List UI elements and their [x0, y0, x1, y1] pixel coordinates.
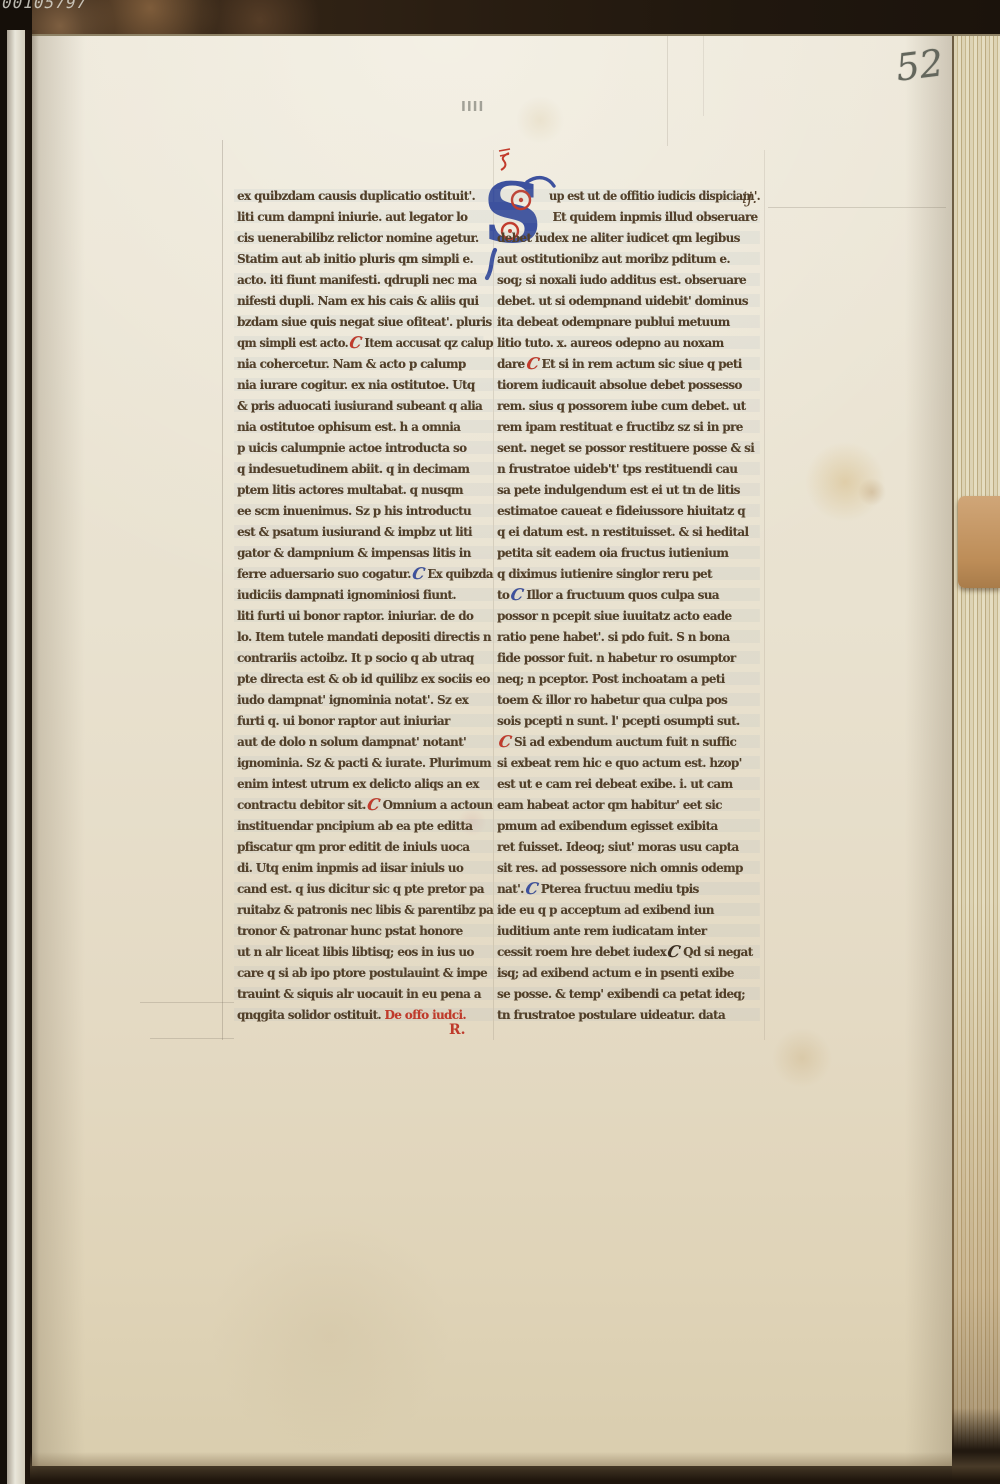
manuscript-line: sa pete indulgendum est ei ut tn de liti… — [497, 480, 758, 501]
manuscript-line: nia iurare cogitur. ex nia ostitutoe. Ut… — [237, 375, 491, 396]
manuscript-photo: 00105797 52 IIII ij. R. S ex quibzdam ca… — [0, 0, 1000, 1484]
manuscript-line: fide possor fuit. n habetur ro osumptor — [497, 648, 758, 669]
text-run: liti furti ui bonor raptor. iniuriar. de… — [237, 609, 473, 623]
manuscript-line: ita debeat odempnare publui metuum — [497, 312, 758, 333]
manuscript-line: enim intest utrum ex delicto aliqs an ex — [237, 774, 491, 795]
text-run: Et si in rem actum sic siue q peti — [542, 357, 742, 371]
manuscript-line: bzdam siue quis negat siue ofiteat'. plu… — [237, 312, 491, 333]
paraph-mark: C — [524, 881, 539, 897]
text-run: to — [497, 588, 509, 602]
text-run: gator & dampnium & impensas litis in — [237, 546, 471, 560]
ruling-extension-bottom-1 — [140, 1002, 234, 1003]
manuscript-line: nia ostitutoe ophisum est. h a omnia — [237, 417, 491, 438]
manuscript-line: q ei datum est. n restituisset. & si hed… — [497, 522, 758, 543]
text-run: ratio pene habet'. si pdo fuit. S n bona — [497, 630, 730, 644]
manuscript-line: isq; ad exibend actum e in psenti exibe — [497, 963, 758, 984]
manuscript-line: n frustratoe uideb't' tps restituendi ca… — [497, 459, 758, 480]
text-run: cessit roem hre debet iudex — [497, 945, 666, 959]
manuscript-line: aut ostitutionibz aut moribz pditum e. — [497, 249, 758, 270]
paraph-mark: C — [510, 587, 525, 603]
paraph-mark: C — [411, 566, 426, 582]
text-run: est & psatum iusiurand & impbz ut liti — [237, 525, 472, 539]
manuscript-line: dareCEt si in rem actum sic siue q peti — [497, 354, 758, 375]
ruling-extension-top-right — [768, 207, 946, 208]
manuscript-line: rem ipam restituat e fructibz sz si in p… — [497, 417, 758, 438]
manuscript-line: eam habeat actor qm habitur' eet sic — [497, 795, 758, 816]
quire-signature-mark: IIII — [461, 100, 484, 115]
crease-top-1 — [667, 36, 668, 146]
text-run: ex quibzdam causis duplicatio ostituit'. — [237, 189, 475, 203]
text-run: si exbeat rem hic e quo actum est. hzop' — [497, 756, 742, 770]
text-run: furti q. ui bonor raptor aut iniuriar — [237, 714, 450, 728]
text-run: fide possor fuit. n habetur ro osumptor — [497, 651, 735, 665]
manuscript-line: possor n pcepit siue iuuitatz acto eade — [497, 606, 758, 627]
text-run: ignominia. Sz & pacti & iurate. Plurimum — [237, 756, 491, 770]
text-run: nia iurare cogitur. ex nia ostitutoe. Ut… — [237, 378, 475, 392]
binding-top-edge — [0, 0, 1000, 36]
text-run: lo. Item tutele mandati depositi directi… — [237, 630, 491, 644]
text-run: pmum ad exibendum egisset exibita — [497, 819, 718, 833]
leather-index-tab — [958, 496, 1000, 588]
digitization-number: 00105797 — [0, 0, 89, 12]
text-run: sa pete indulgendum est ei ut tn de liti… — [497, 483, 740, 497]
paraph-mark: C — [366, 797, 381, 813]
manuscript-line: debet. ut si odempnand uidebit' dominus — [497, 291, 758, 312]
manuscript-line: qnqgita solidor ostituit. De offo iudci. — [237, 1005, 491, 1026]
text-run: iuditium ante rem iudicatam inter — [497, 924, 706, 938]
text-run: litio tuto. x. aureos odepno au noxam — [497, 336, 724, 350]
manuscript-line: tn frustratoe postulare uideatur. data — [497, 1005, 758, 1026]
manuscript-line: contrariis actoibz. It p socio q ab utra… — [237, 648, 491, 669]
text-run: cis uenerabilibz relictor nomine agetur. — [237, 231, 479, 245]
text-run: Et quidem inpmis illud obseruare — [553, 210, 758, 224]
text-run: toem & illor ro habetur qua culpa pos — [497, 693, 727, 707]
manuscript-line: iudiciis dampnati ignominiosi fiunt. — [237, 585, 491, 606]
text-run: instituendar pncipium ab ea pte editta — [237, 819, 472, 833]
manuscript-line: toem & illor ro habetur qua culpa pos — [497, 690, 758, 711]
manuscript-line: q indesuetudinem abiit. q in decimam — [237, 459, 491, 480]
manuscript-line: liti cum dampni iniurie. aut legator lo — [237, 207, 491, 228]
manuscript-line: petita sit eadem oia fructus iutienium — [497, 543, 758, 564]
text-run: iudiciis dampnati ignominiosi fiunt. — [237, 588, 456, 602]
text-run: aut ostitutionibz aut moribz pditum e. — [497, 252, 730, 266]
text-run: Item accusat qz calup — [364, 336, 493, 350]
text-run: ita debeat odempnare publui metuum — [497, 315, 730, 329]
bottom-edge-shadow — [30, 1452, 1000, 1484]
plummet-line-right — [764, 150, 765, 1040]
text-run: nifesti dupli. Nam ex his cais & aliis q… — [237, 294, 478, 308]
manuscript-line: p uicis calumpnie actoe introducta so — [237, 438, 491, 459]
text-run: trauint & siquis alr uocauit in eu pena … — [237, 987, 481, 1001]
manuscript-line: sois pcepti n sunt. l' pcepti osumpti su… — [497, 711, 758, 732]
text-run: sois pcepti n sunt. l' pcepti osumpti su… — [497, 714, 740, 728]
text-run: ferre aduersario suo cogatur. — [237, 567, 411, 581]
text-run: iudo dampnat' ignominia notat'. Sz ex — [237, 693, 468, 707]
manuscript-line: ferre aduersario suo cogatur.CEx quibzda — [237, 564, 485, 585]
manuscript-line: iudo dampnat' ignominia notat'. Sz ex — [237, 690, 491, 711]
rubric-text: De offo iudci. — [381, 1008, 466, 1022]
ruling-extension-bottom-2 — [150, 1038, 234, 1039]
manuscript-line: Statim aut ab initio pluris qm simpli e. — [237, 249, 491, 270]
text-run: isq; ad exibend actum e in psenti exibe — [497, 966, 734, 980]
manuscript-line: si exbeat rem hic e quo actum est. hzop' — [497, 753, 758, 774]
text-run: bzdam siue quis negat siue ofiteat'. plu… — [237, 315, 492, 329]
manuscript-line: CSi ad exbendum auctum fuit n suffic — [497, 732, 758, 753]
folio-number: 52 — [894, 41, 946, 89]
text-run: se posse. & temp' exibendi ca petat ideq… — [497, 987, 745, 1001]
manuscript-line: gator & dampnium & impensas litis in — [237, 543, 491, 564]
text-run: acto. iti fiunt manifesti. qdrupli nec m… — [237, 273, 477, 287]
text-run: soq; si noxali iudo additus est. obserua… — [497, 273, 746, 287]
text-run: Ex quibzda — [427, 567, 493, 581]
text-run: p uicis calumpnie actoe introducta so — [237, 441, 466, 455]
text-run: rem ipam restituat e fructibz sz si in p… — [497, 420, 743, 434]
manuscript-line: cand est. q ius dicitur sic q pte pretor… — [237, 879, 491, 900]
text-run: contrariis actoibz. It p socio q ab utra… — [237, 651, 474, 665]
text-run: di. Utq enim inpmis ad iisar iniuls uo — [237, 861, 463, 875]
manuscript-line: nat'.CPterea fructuu mediu tpis — [497, 879, 758, 900]
manuscript-line: soq; si noxali iudo additus est. obserua… — [497, 270, 758, 291]
manuscript-line: ret fuisset. Ideoq; siut' moras usu capt… — [497, 837, 758, 858]
text-run: pfiscatur qm pror editit de iniuls uoca — [237, 840, 469, 854]
text-run: nia ostitutoe ophisum est. h a omnia — [237, 420, 460, 434]
text-run: pte directa est & ob id quilibz ex socii… — [237, 672, 490, 686]
manuscript-line: furti q. ui bonor raptor aut iniuriar — [237, 711, 491, 732]
manuscript-line: neq; n pceptor. Post inchoatam a peti — [497, 669, 758, 690]
text-run: Omnium a actoun — [383, 798, 493, 812]
text-run: liti cum dampni iniurie. aut legator lo — [237, 210, 467, 224]
text-run: rem. sius q possorem iube cum debet. ut — [497, 399, 746, 413]
text-run: q indesuetudinem abiit. q in decimam — [237, 462, 469, 476]
text-run: up est ut de offitio iudicis dispiciam'. — [549, 189, 760, 203]
text-run: estimatoe caueat e fideiussore hiuitatz … — [497, 504, 745, 518]
text-run: debet. ut si odempnand uidebit' dominus — [497, 294, 748, 308]
manuscript-line: nifesti dupli. Nam ex his cais & aliis q… — [237, 291, 491, 312]
manuscript-line: q diximus iutienire singlor reru pet — [497, 564, 758, 585]
text-run: nat'. — [497, 882, 524, 896]
text-run: ruitabz & patronis nec libis & parentibz… — [237, 903, 493, 917]
manuscript-line: ratio pene habet'. si pdo fuit. S n bona — [497, 627, 758, 648]
text-run: qm simpli est acto. — [237, 336, 348, 350]
gutter-fold-shadow — [25, 30, 39, 1484]
text-run: q ei datum est. n restituisset. & si hed… — [497, 525, 748, 539]
paraph-mark: C — [497, 734, 512, 750]
text-run: ut n alr liceat libis libtisq; eos in iu… — [237, 945, 474, 959]
text-run: dare — [497, 357, 525, 371]
text-run: nia cohercetur. Nam & acto p calump — [237, 357, 466, 371]
page-right-shadow — [905, 34, 952, 1466]
text-run: Statim aut ab initio pluris qm simpli e. — [237, 252, 473, 266]
manuscript-line: se posse. & temp' exibendi ca petat ideq… — [497, 984, 758, 1005]
text-run: aut de dolo n solum dampnat' notant' — [237, 735, 466, 749]
text-run: petita sit eadem oia fructus iutienium — [497, 546, 728, 560]
manuscript-line: rem. sius q possorem iube cum debet. ut — [497, 396, 758, 417]
manuscript-line: toCIllor a fructuum quos culpa sua — [497, 585, 758, 606]
text-run: tiorem iudicauit absolue debet possesso — [497, 378, 742, 392]
manuscript-line: di. Utq enim inpmis ad iisar iniuls uo — [237, 858, 491, 879]
text-run: Pterea fructuu mediu tpis — [541, 882, 699, 896]
plummet-line-left — [222, 140, 223, 1040]
text-run: n frustratoe uideb't' tps restituendi ca… — [497, 462, 737, 476]
text-run: q diximus iutienire singlor reru pet — [497, 567, 712, 581]
manuscript-line: nia cohercetur. Nam & acto p calump — [237, 354, 491, 375]
facing-page-edge — [7, 30, 25, 1484]
manuscript-line: cis uenerabilibz relictor nomine agetur. — [237, 228, 491, 249]
text-run: tn frustratoe postulare uideatur. data — [497, 1008, 725, 1022]
text-column-right: up est ut de offitio iudicis dispiciam'.… — [497, 186, 760, 1026]
manuscript-line: ide eu q p acceptum ad exibend iun — [497, 900, 758, 921]
text-run: possor n pcepit siue iuuitatz acto eade — [497, 609, 732, 623]
manuscript-line: liti furti ui bonor raptor. iniuriar. de… — [237, 606, 491, 627]
manuscript-line: ut n alr liceat libis libtisq; eos in iu… — [237, 942, 491, 963]
manuscript-line: debet iudex ne aliter iudicet qm legibus — [497, 228, 758, 249]
paraph-mark: C — [348, 335, 362, 351]
text-run: ptem litis actores multabat. q nusqm — [237, 483, 463, 497]
text-run: neq; n pceptor. Post inchoatam a peti — [497, 672, 725, 686]
manuscript-line: ruitabz & patronis nec libis & parentibz… — [237, 900, 487, 921]
manuscript-line: iuditium ante rem iudicatam inter — [497, 921, 758, 942]
text-run: Qd si negat — [683, 945, 752, 959]
fore-edge-lower-tint — [952, 900, 1000, 1454]
manuscript-line: contractu debitor sit.COmnium a actoun — [237, 795, 490, 816]
manuscript-line: sit res. ad possessore nich omnis odemp — [497, 858, 758, 879]
manuscript-line: up est ut de offitio iudicis dispiciam'. — [497, 186, 741, 207]
manuscript-line: litio tuto. x. aureos odepno au noxam — [497, 333, 758, 354]
text-run: Si ad exbendum auctum fuit n suffic — [514, 735, 736, 749]
text-run: & pris aduocati iusiurand subeant q alia — [237, 399, 482, 413]
manuscript-line: sent. neget se possor restituere posse &… — [497, 438, 758, 459]
text-run: sent. neget se possor restituere posse &… — [497, 441, 754, 455]
text-run: ide eu q p acceptum ad exibend iun — [497, 903, 714, 917]
text-run: qnqgita solidor ostituit. — [237, 1008, 381, 1022]
manuscript-line: lo. Item tutele mandati depositi directi… — [237, 627, 491, 648]
text-run: enim intest utrum ex delicto aliqs an ex — [237, 777, 479, 791]
manuscript-line: pfiscatur qm pror editit de iniuls uoca — [237, 837, 491, 858]
manuscript-line: & pris aduocati iusiurand subeant q alia — [237, 396, 491, 417]
crease-top-2 — [703, 36, 704, 116]
text-run: ret fuisset. Ideoq; siut' moras usu capt… — [497, 840, 739, 854]
manuscript-line: instituendar pncipium ab ea pte editta — [237, 816, 491, 837]
paraph-mark: C — [525, 356, 540, 372]
text-run: contractu debitor sit. — [237, 798, 366, 812]
manuscript-line: ex quibzdam causis duplicatio ostituit'. — [237, 186, 491, 207]
text-run: debet iudex ne aliter iudicet qm legibus — [497, 231, 740, 245]
manuscript-line: ignominia. Sz & pacti & iurate. Plurimum — [237, 753, 491, 774]
text-run: cand est. q ius dicitur sic q pte pretor… — [237, 882, 484, 896]
manuscript-line: pte directa est & ob id quilibz ex socii… — [237, 669, 491, 690]
manuscript-line: cessit roem hre debet iudexCQd si negat — [497, 942, 758, 963]
text-run: sit res. ad possessore nich omnis odemp — [497, 861, 743, 875]
text-run: Illor a fructuum quos culpa sua — [526, 588, 719, 602]
manuscript-line: acto. iti fiunt manifesti. qdrupli nec m… — [237, 270, 491, 291]
manuscript-line: pmum ad exibendum egisset exibita — [497, 816, 758, 837]
manuscript-line: trauint & siquis alr uocauit in eu pena … — [237, 984, 491, 1005]
manuscript-line: care q si ab ipo ptore postulauint & imp… — [237, 963, 491, 984]
manuscript-line: ptem litis actores multabat. q nusqm — [237, 480, 491, 501]
paraph-mark: C — [667, 944, 682, 960]
text-column-left: ex quibzdam causis duplicatio ostituit'.… — [237, 186, 493, 1026]
manuscript-line: Et quidem inpmis illud obseruare — [497, 207, 758, 228]
manuscript-line: qm simpli est acto.CItem accusat qz calu… — [237, 333, 481, 354]
manuscript-line: aut de dolo n solum dampnat' notant' — [237, 732, 491, 753]
text-run: care q si ab ipo ptore postulauint & imp… — [237, 966, 487, 980]
manuscript-line: ee scm inuenimus. Sz p his introductu — [237, 501, 491, 522]
text-run: est ut e cam rei debeat exibe. i. ut cam — [497, 777, 733, 791]
text-run: ee scm inuenimus. Sz p his introductu — [237, 504, 471, 518]
manuscript-line: tiorem iudicauit absolue debet possesso — [497, 375, 758, 396]
manuscript-line: est & psatum iusiurand & impbz ut liti — [237, 522, 491, 543]
text-run: tronor & patronar hunc pstat honore — [237, 924, 463, 938]
manuscript-line: est ut e cam rei debeat exibe. i. ut cam — [497, 774, 758, 795]
text-run: eam habeat actor qm habitur' eet sic — [497, 798, 722, 812]
manuscript-line: tronor & patronar hunc pstat honore — [237, 921, 491, 942]
manuscript-line: estimatoe caueat e fideiussore hiuitatz … — [497, 501, 758, 522]
